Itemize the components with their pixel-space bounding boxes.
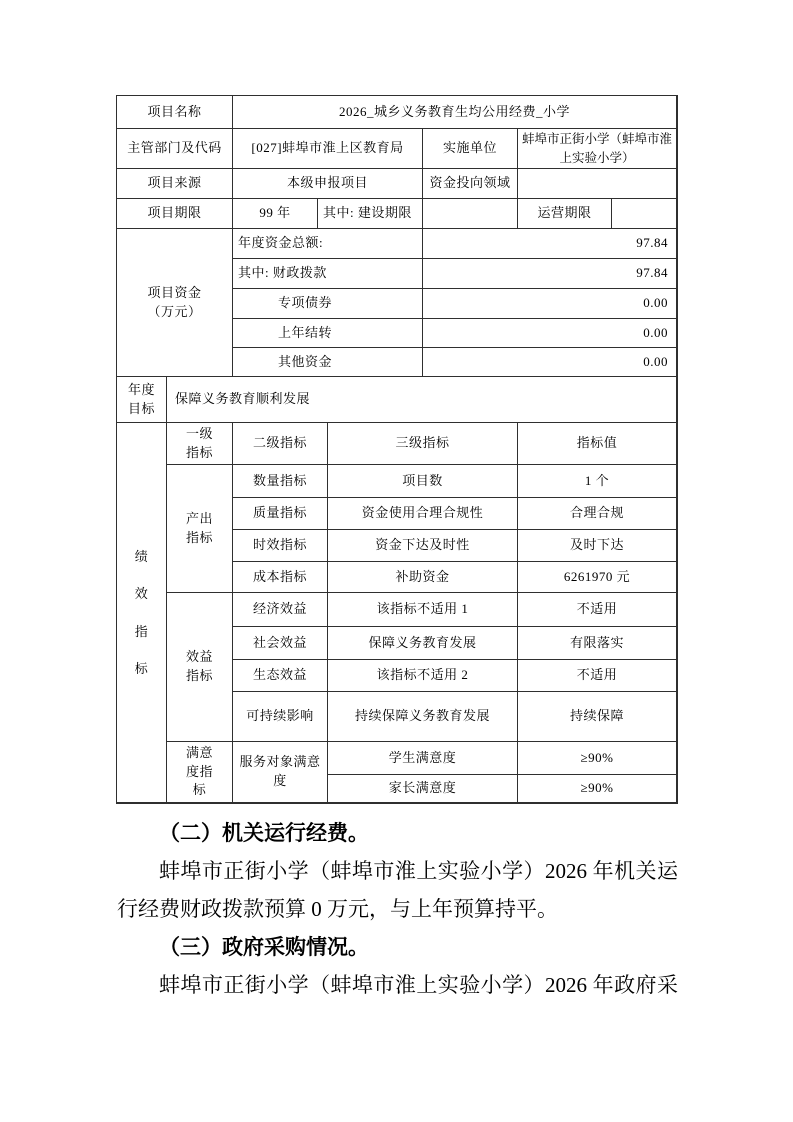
project-source-label: 项目来源 bbox=[117, 169, 233, 199]
indicator-l2: 质量指标 bbox=[233, 498, 328, 530]
indicator-value: ≥90% bbox=[518, 742, 677, 775]
indicator-value: 持续保障 bbox=[518, 692, 677, 742]
department-code-value: [027]蚌埠市淮上区教育局 bbox=[233, 129, 423, 169]
project-name-label: 项目名称 bbox=[117, 96, 233, 129]
funding-row-label: 其他资金 bbox=[233, 348, 423, 377]
paragraph-3-line-1: 蚌埠市正街小学（蚌埠市淮上实验小学）2026 年政府采 bbox=[117, 970, 678, 1000]
construction-period-label: 其中: 建设期限 bbox=[318, 199, 423, 229]
indicator-value: 6261970 元 bbox=[518, 562, 677, 593]
project-period-value: 99 年 bbox=[233, 199, 318, 229]
paragraph-2-line-2: 行经费财政拨款预算 0 万元，与上年预算持平。 bbox=[117, 894, 678, 924]
level3-header: 三级指标 bbox=[328, 423, 518, 465]
funding-row-label: 专项债券 bbox=[233, 289, 423, 319]
indicator-l3: 该指标不适用 2 bbox=[328, 660, 518, 692]
indicator-l3: 持续保障义务教育发展 bbox=[328, 692, 518, 742]
indicator-value: 有限落实 bbox=[518, 627, 677, 660]
project-funds-label: 项目资金 （万元） bbox=[117, 229, 233, 377]
project-source-value: 本级申报项目 bbox=[233, 169, 423, 199]
service-object-satisfaction-label: 服务对象满意度 bbox=[233, 742, 328, 803]
implement-unit-value: 蚌埠市正街小学（蚌埠市淮 上实验小学） bbox=[518, 129, 677, 169]
construction-period-value bbox=[423, 199, 518, 229]
indicator-value: 合理合规 bbox=[518, 498, 677, 530]
level1-header: 一级 指标 bbox=[167, 423, 233, 465]
funding-row-label: 年度资金总额: bbox=[233, 229, 423, 259]
indicator-l2: 生态效益 bbox=[233, 660, 328, 692]
section-heading-3: （三）政府采购情况。 bbox=[117, 932, 678, 962]
project-name-value: 2026_城乡义务教育生均公用经费_小学 bbox=[233, 96, 677, 129]
indicator-l3: 保障义务教育发展 bbox=[328, 627, 518, 660]
benefit-group-label: 效益 指标 bbox=[167, 593, 233, 742]
funding-row-value: 0.00 bbox=[423, 348, 677, 377]
operation-period-value bbox=[612, 199, 677, 229]
indicator-value-header: 指标值 bbox=[518, 423, 677, 465]
paragraph-2-line-1: 蚌埠市正街小学（蚌埠市淮上实验小学）2026 年机关运 bbox=[117, 856, 678, 886]
indicator-l2: 可持续影响 bbox=[233, 692, 328, 742]
implement-unit-label: 实施单位 bbox=[423, 129, 518, 169]
funding-row-label: 上年结转 bbox=[233, 319, 423, 348]
funding-row-value: 97.84 bbox=[423, 229, 677, 259]
indicator-l2: 成本指标 bbox=[233, 562, 328, 593]
department-code-label: 主管部门及代码 bbox=[117, 129, 233, 169]
performance-side-label: 绩 效 指 标 bbox=[117, 423, 167, 803]
annual-goal-label: 年度 目标 bbox=[117, 377, 167, 423]
funding-row-value: 97.84 bbox=[423, 259, 677, 289]
fund-direction-label: 资金投向领域 bbox=[423, 169, 518, 199]
indicator-l3: 项目数 bbox=[328, 465, 518, 498]
level2-header: 二级指标 bbox=[233, 423, 328, 465]
indicator-l2: 社会效益 bbox=[233, 627, 328, 660]
satisfaction-group-label: 满意 度指 标 bbox=[167, 742, 233, 803]
indicator-l2: 时效指标 bbox=[233, 530, 328, 562]
indicator-l3: 该指标不适用 1 bbox=[328, 593, 518, 627]
indicator-value: ≥90% bbox=[518, 775, 677, 803]
funding-row-value: 0.00 bbox=[423, 289, 677, 319]
indicator-l3: 资金下达及时性 bbox=[328, 530, 518, 562]
operation-period-label: 运营期限 bbox=[518, 199, 612, 229]
indicator-value: 及时下达 bbox=[518, 530, 677, 562]
funding-row-label: 其中: 财政拨款 bbox=[233, 259, 423, 289]
section-heading-2: （二）机关运行经费。 bbox=[117, 818, 678, 848]
indicator-l2: 数量指标 bbox=[233, 465, 328, 498]
project-budget-table: 项目名称 2026_城乡义务教育生均公用经费_小学 主管部门及代码 [027]蚌… bbox=[116, 95, 678, 804]
output-group-label: 产出 指标 bbox=[167, 465, 233, 593]
indicator-l2: 经济效益 bbox=[233, 593, 328, 627]
funding-row-value: 0.00 bbox=[423, 319, 677, 348]
indicator-l3: 学生满意度 bbox=[328, 742, 518, 775]
indicator-l3: 家长满意度 bbox=[328, 775, 518, 803]
indicator-l3: 补助资金 bbox=[328, 562, 518, 593]
indicator-l3: 资金使用合理合规性 bbox=[328, 498, 518, 530]
project-period-label: 项目期限 bbox=[117, 199, 233, 229]
document-page: 项目名称 2026_城乡义务教育生均公用经费_小学 主管部门及代码 [027]蚌… bbox=[0, 0, 793, 1122]
fund-direction-value bbox=[518, 169, 677, 199]
indicator-value: 不适用 bbox=[518, 660, 677, 692]
annual-goal-value: 保障义务教育顺利发展 bbox=[167, 377, 677, 423]
indicator-value: 不适用 bbox=[518, 593, 677, 627]
indicator-value: 1 个 bbox=[518, 465, 677, 498]
